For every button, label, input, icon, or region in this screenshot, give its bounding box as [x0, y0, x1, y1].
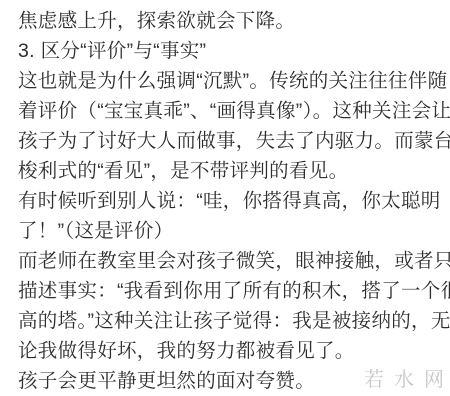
paragraph-line: 焦虑感上升，探索欲就会下降。 [18, 6, 444, 36]
paragraph-line: 孩子为了讨好大人而做事，失去了内驱力。而蒙台 [18, 126, 444, 156]
paragraph-line: 这也就是为什么强调“沉默”。传统的关注往往伴随 [18, 66, 444, 96]
site-watermark: 若水网 [364, 369, 450, 391]
paragraph-line: 着评价（“宝宝真乖”、“画得真像”）。这种关注会让 [18, 96, 444, 126]
paragraph-line: 而老师在教室里会对孩子微笑，眼神接触，或者只 [18, 246, 444, 276]
paragraph-line: 描述事实：“我看到你用了所有的积木，搭了一个很 [18, 276, 444, 306]
paragraph-line: 高的塔。”这种关注让孩子觉得：我是被接纳的，无 [18, 306, 444, 336]
article-text-block: 焦虑感上升，探索欲就会下降。 3. 区分“评价”与“事实” 这也就是为什么强调“… [0, 0, 450, 396]
paragraph-line: 梭利式的“看见”，是不带评判的看见。 [18, 156, 444, 186]
paragraph-line: 论我做得好坏，我的努力都被看见了。 [18, 336, 444, 366]
paragraph-line: 了！”（这是评价） [18, 216, 444, 246]
paragraph-line: 有时候听到别人说：“哇，你搭得真高，你太聪明 [18, 186, 444, 216]
section-heading-line: 3. 区分“评价”与“事实” [18, 36, 444, 66]
